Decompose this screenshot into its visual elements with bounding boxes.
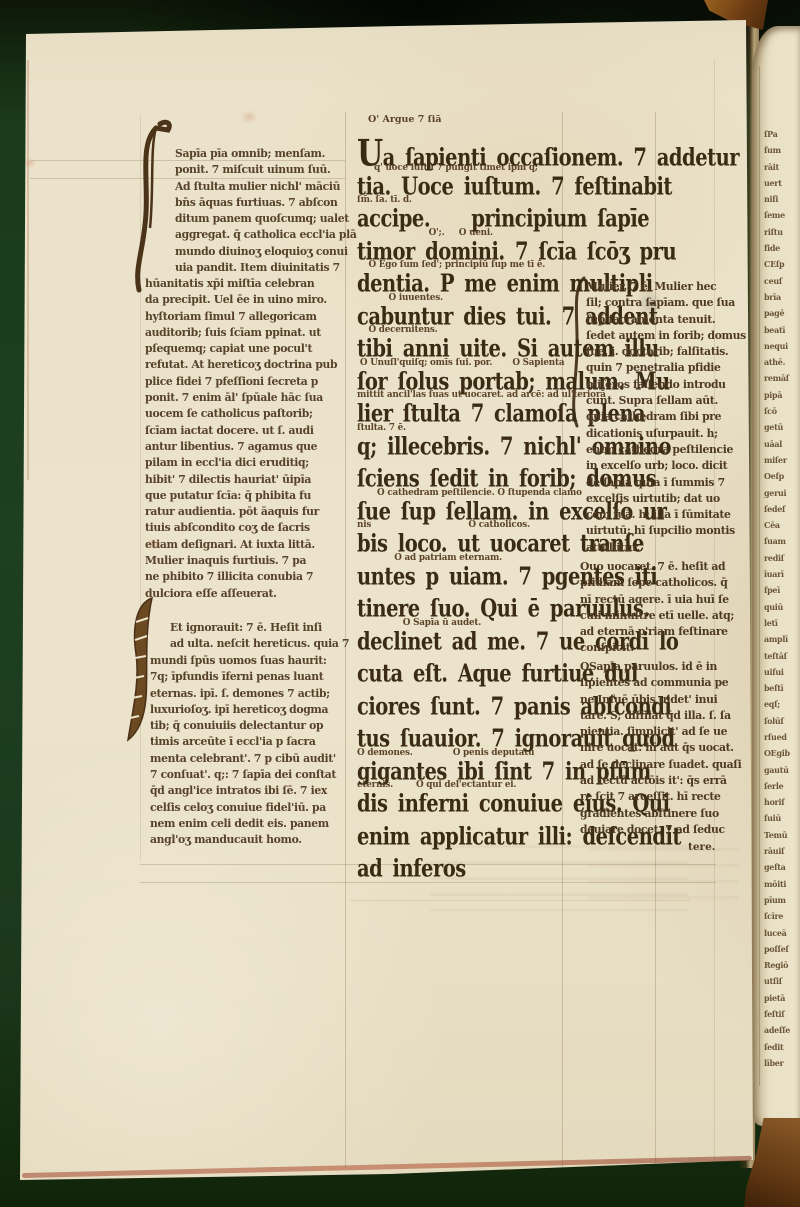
facing-page-text-fragment: ſolūſ (764, 713, 800, 729)
facing-page-text-fragment: līber (764, 1055, 800, 1071)
facing-page-text-fragment: rediſ (764, 550, 800, 566)
facing-page-text-fragment: getū (764, 419, 800, 435)
facing-page-text-fragment: OEgib (764, 745, 800, 761)
facing-page-text-fragment: eqſ; (764, 696, 800, 712)
right-gloss-para3: OSapīa paruulos. id ē in ſipientes ad co… (580, 659, 741, 838)
left-gloss-para2: mundi ſpūs uomos ſuas haurit: 7q; īpfund… (150, 653, 336, 849)
facing-page-text-fragment: mōiti (764, 876, 800, 892)
facing-page-text-column: ſPaſumrāituertniſiſemeriſtufideCEſpceuſb… (764, 126, 800, 1071)
facing-page-text-fragment: pīum (764, 892, 800, 908)
facing-page-text-fragment: gerui (764, 485, 800, 501)
facing-page-text-fragment: teſtāſ (764, 648, 800, 664)
lemma-text: tia. Uoce iuſtum. 7 feſtinabit (357, 174, 800, 200)
facing-page-text-fragment: ſuiū (764, 810, 800, 826)
manuscript-page: O' Argue 7 ſiā Sapīa pīa omnib; menſam. … (0, 0, 800, 1207)
foxing-spot (240, 110, 258, 124)
ruling-line (759, 66, 760, 1086)
facing-page-edge: ſPaſumrāituertniſiſemeriſtufideCEſpceuſb… (752, 26, 800, 1126)
facing-page-text-fragment: letī (764, 615, 800, 631)
facing-page-text-fragment: geſta (764, 859, 800, 875)
facing-page-text-fragment: Temū (764, 827, 800, 843)
facing-page-text-fragment: ſPa (764, 126, 800, 142)
facing-page-text-fragment: pagē (764, 305, 800, 321)
right-gloss-para1: Mulier. 7 ē. Mulier hec ſil; contra ſapī… (586, 279, 746, 556)
facing-page-text-fragment: niſi (764, 191, 800, 207)
lemma-line: Ua ſapienti occaſionem. 7 addetur ei ſap… (357, 130, 800, 163)
facing-page-text-fragment: uiſui (764, 664, 800, 680)
left-gloss-para1: hūanitatis xp̄i miſtīa celebran da preci… (145, 276, 337, 602)
facing-page-text-fragment: ſum (764, 142, 800, 158)
facing-page-text-fragment: gautū (764, 762, 800, 778)
lemma-text: accipe. principium ſapīe (357, 206, 800, 232)
facing-page-text-fragment: rāit (764, 159, 800, 175)
facing-page-text-fragment: ſeme (764, 207, 800, 223)
foxing-spot (24, 158, 36, 168)
marginal-heading: O' Argue 7 ſiā (368, 114, 442, 125)
facing-page-text-fragment: ſuam (764, 533, 800, 549)
facing-page-text-fragment: pietā (764, 990, 800, 1006)
facing-page-text-fragment: feſtiſ (764, 1006, 800, 1022)
facing-page-text-fragment: adeſſe (764, 1022, 800, 1038)
facing-page-text-fragment: ſedit (764, 1039, 800, 1055)
facing-page-text-fragment: Regiō (764, 957, 800, 973)
facing-page-text-fragment: quiū (764, 599, 800, 615)
facing-page-text-fragment: ſcīre (764, 908, 800, 924)
lemma-text: ad inferos (357, 856, 800, 882)
manuscript-photo: ſPaſumrāituertniſiſemeriſtufideCEſpceuſb… (0, 0, 800, 1207)
facing-page-text-fragment: beſtī (764, 680, 800, 696)
gloss-catchword: tere. (688, 841, 715, 853)
facing-page-text-fragment: horiſ (764, 794, 800, 810)
interlinear-gloss (357, 130, 800, 141)
facing-page-text-fragment: utſiſ (764, 973, 800, 989)
facing-page-text-fragment: poſſeſ (764, 941, 800, 957)
facing-page-text-fragment: miſer (764, 452, 800, 468)
facing-page-text-fragment: ſpeī (764, 582, 800, 598)
facing-page-text-fragment: nequi (764, 338, 800, 354)
facing-page-text-fragment: riſtu (764, 224, 800, 240)
facing-page-text-fragment: athē. (764, 354, 800, 370)
facing-page-text-fragment: ſcō (764, 403, 800, 419)
facing-page-text-fragment: CEſp (764, 256, 800, 272)
facing-page-text-fragment: pipā (764, 387, 800, 403)
facing-page-text-fragment: fide (764, 240, 800, 256)
facing-page-text-fragment: beatī (764, 322, 800, 338)
facing-page-text-fragment: remāſ (764, 370, 800, 386)
facing-page-text-fragment: brīa (764, 289, 800, 305)
facing-page-text-fragment: uert (764, 175, 800, 191)
left-gloss-para2-head: Et ignorauit: 7 ē. Heſit inſi ad ulta. n… (170, 620, 349, 653)
facing-page-text-fragment: ceuſ (764, 273, 800, 289)
left-gloss-para1-head: Sapīa pīa omnib; menſam. ponit. 7 miſcui… (175, 146, 357, 276)
facing-page-text-fragment: uāal (764, 436, 800, 452)
facing-page-text-fragment: ſerle (764, 778, 800, 794)
red-edge-stain-left (27, 60, 29, 480)
facing-page-text-fragment: amplī (764, 631, 800, 647)
facing-page-text-fragment: rāuiſ (764, 843, 800, 859)
right-gloss-para2: Ouo uocaret. 7 ē. heſit ad pfidiam ſepe … (580, 559, 734, 657)
facing-page-text-fragment: rſued (764, 729, 800, 745)
facing-page-text-fragment: Cēa (764, 517, 800, 533)
illuminated-initial-s (126, 118, 174, 298)
facing-page-text-fragment: Oeſp (764, 468, 800, 484)
facing-page-text-fragment: īuarī (764, 566, 800, 582)
facing-page-text-fragment: ſedeſ (764, 501, 800, 517)
lemma-text: timor domini. 7 ſcīa ſcōʒ pru (357, 239, 800, 265)
lemma-text: Ua ſapienti occaſionem. 7 addetur ei ſap… (357, 141, 800, 167)
facing-page-text-fragment: luceā (764, 925, 800, 941)
